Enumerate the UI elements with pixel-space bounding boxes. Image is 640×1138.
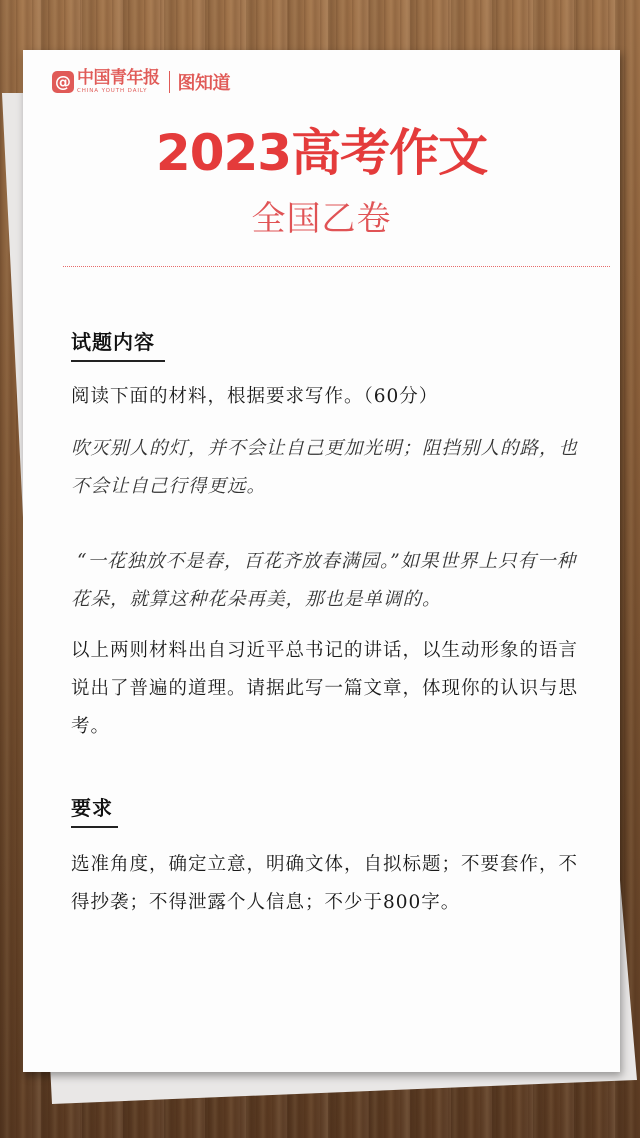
page-title: 2023高考作文 xyxy=(23,120,620,186)
material-paragraph-1: 吹灭别人的灯，并不会让自己更加光明；阻挡别人的路，也不会让自己行得更远。 xyxy=(71,430,581,506)
material-paragraph-2: “一花独放不是春，百花齐放春满园。”如果世界上只有一种花朵，就算这种花朵再美，那… xyxy=(71,543,581,619)
document-paper: @ 中国青年报 CHINA YOUTH DAILY 图知道 2023高考作文 全… xyxy=(23,50,620,1072)
at-logo-icon: @ xyxy=(52,71,74,93)
brand-name: 中国青年报 xyxy=(77,70,160,87)
brand-column: 图知道 xyxy=(178,69,231,95)
section-heading-requirements: 要求 xyxy=(71,795,113,821)
section-underline xyxy=(71,826,118,828)
section-heading-content: 试题内容 xyxy=(71,329,155,355)
page-subtitle: 全国乙卷 xyxy=(23,196,620,242)
brand-logo: @ 中国青年报 CHINA YOUTH DAILY 图知道 xyxy=(52,69,230,95)
section-underline xyxy=(71,360,165,362)
requirements-paragraph: 选准角度，确定立意，明确文体，自拟标题；不要套作，不得抄袭；不得泄露个人信息；不… xyxy=(71,846,581,922)
instruction-paragraph: 阅读下面的材料，根据要求写作。（60分） xyxy=(71,378,581,416)
brand-english: CHINA YOUTH DAILY xyxy=(77,88,160,95)
brand-separator xyxy=(169,71,170,93)
brand-text: 中国青年报 CHINA YOUTH DAILY xyxy=(77,70,160,95)
prompt-paragraph: 以上两则材料出自习近平总书记的讲话，以生动形象的语言说出了普遍的道理。请据此写一… xyxy=(71,632,581,746)
dotted-divider xyxy=(63,266,610,267)
